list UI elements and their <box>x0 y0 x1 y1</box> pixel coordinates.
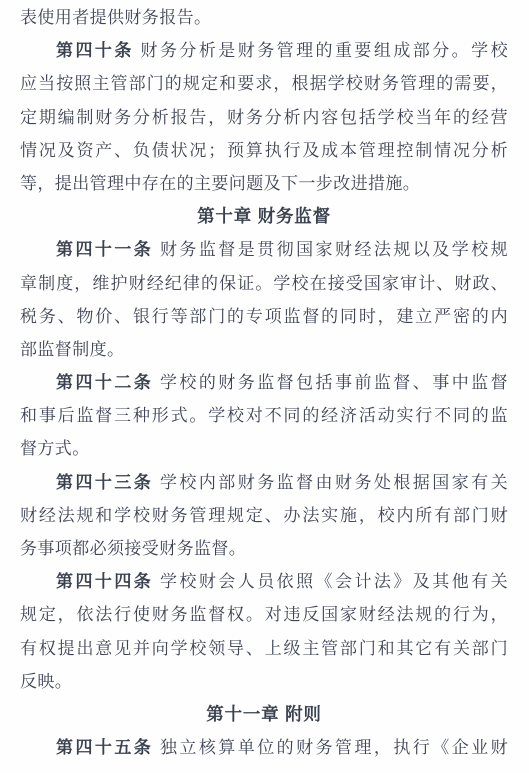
article-number: 第四十三条 <box>56 473 153 492</box>
document-body: 表使用者提供财务报告。第四十条 财务分析是财务管理的重要组成部分。学校应当按照主… <box>20 1 508 764</box>
text-line: 章制度，维护财经纪律的保证。学校在接受国家审计、财政、 <box>20 267 508 300</box>
text-line: 第四十一条 财务监督是贯彻国家财经法规以及学校规 <box>20 233 508 266</box>
chapter-heading: 第十章 财务监督 <box>20 200 508 233</box>
article-number: 第四十条 <box>56 41 134 60</box>
text-line: 应当按照主管部门的规定和要求，根据学校财务管理的需要， <box>20 67 508 100</box>
text-line: 税务、物价、银行等部门的专项监督的同时，建立严密的内 <box>20 300 508 333</box>
text-line: 第四十三条 学校内部财务监督由财务处根据国家有关 <box>20 466 508 499</box>
line-text: 独立核算单位的财务管理，执行《企业财 <box>160 738 508 757</box>
article-number: 第四十五条 <box>56 738 153 757</box>
text-line: 督方式。 <box>20 432 508 465</box>
text-line: 有权提出意见并向学校领导、上级主管部门和其它有关部门 <box>20 632 508 665</box>
text-line: 第四十二条 学校的财务监督包括事前监督、事中监督 <box>20 366 508 399</box>
line-text: 学校的财务监督包括事前监督、事中监督 <box>160 373 508 392</box>
text-line: 定期编制财务分析报告，财务分析内容包括学校当年的经营 <box>20 101 508 134</box>
text-line: 第四十五条 独立核算单位的财务管理，执行《企业财 <box>20 731 508 764</box>
text-line: 第四十四条 学校财会人员依照《会计法》及其他有关 <box>20 565 508 598</box>
chapter-heading: 第十一章 附则 <box>20 698 508 731</box>
line-text: 财务监督是贯彻国家财经法规以及学校规 <box>160 240 508 259</box>
line-text: 学校财会人员依照《会计法》及其他有关 <box>160 572 508 591</box>
article-number: 第四十四条 <box>56 572 153 591</box>
text-line: 第四十条 财务分析是财务管理的重要组成部分。学校 <box>20 34 508 67</box>
text-line: 和事后监督三种形式。学校对不同的经济活动实行不同的监 <box>20 399 508 432</box>
line-text: 财务分析是财务管理的重要组成部分。学校 <box>141 41 508 60</box>
article-number: 第四十一条 <box>56 240 153 259</box>
text-line: 情况及资产、负债状况；预算执行及成本管理控制情况分析 <box>20 134 508 167</box>
document-page: 表使用者提供财务报告。第四十条 财务分析是财务管理的重要组成部分。学校应当按照主… <box>0 0 529 773</box>
text-line: 等，提出管理中存在的主要问题及下一步改进措施。 <box>20 167 508 200</box>
text-line: 反映。 <box>20 665 508 698</box>
article-number: 第四十二条 <box>56 373 153 392</box>
text-line: 表使用者提供财务报告。 <box>20 1 508 34</box>
text-line: 规定，依法行使财务监督权。对违反国家财经法规的行为， <box>20 598 508 631</box>
text-line: 务事项都必须接受财务监督。 <box>20 532 508 565</box>
line-text: 学校内部财务监督由财务处根据国家有关 <box>160 473 508 492</box>
text-line: 财经法规和学校财务管理规定、办法实施，校内所有部门财 <box>20 499 508 532</box>
text-line: 部监督制度。 <box>20 333 508 366</box>
